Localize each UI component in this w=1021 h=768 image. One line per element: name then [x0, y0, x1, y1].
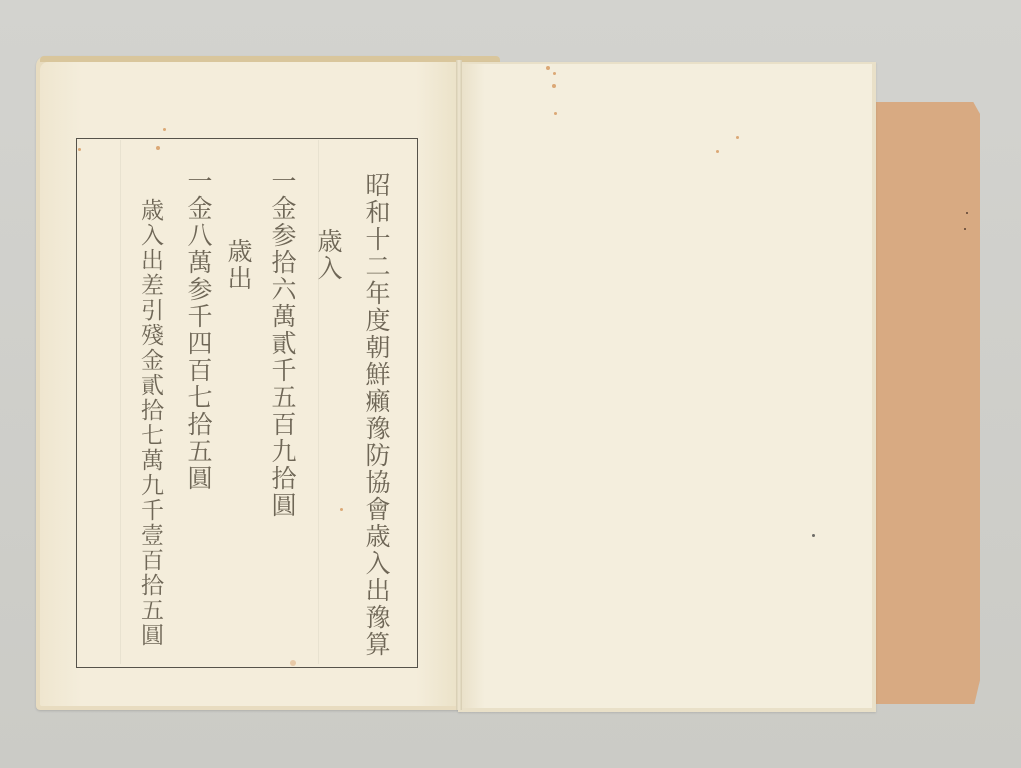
foxing-spot — [163, 128, 166, 131]
foxing-spot — [546, 66, 550, 70]
foxing-spot — [736, 136, 739, 139]
revenue-heading: 歳入 — [316, 228, 341, 282]
tan-backing-sheet — [868, 102, 980, 704]
expenditure-heading: 歳出 — [226, 238, 251, 292]
ink-dot — [812, 534, 815, 537]
foxing-spot — [156, 146, 160, 150]
foxing-spot — [716, 150, 719, 153]
foxing-spot — [553, 72, 556, 75]
faint-ruled-line — [318, 140, 319, 664]
speck — [964, 228, 966, 230]
foxing-spot — [340, 508, 343, 511]
revenue-amount: 一金参拾六萬貳千五百九拾圓 — [270, 168, 295, 519]
document-title: 昭和十二年度朝鮮癩豫防協會歳入出豫算 — [364, 172, 389, 658]
foxing-spot — [552, 84, 556, 88]
balance-line: 歳入出差引殘金貳拾七萬九千壹百拾五圓 — [138, 198, 161, 648]
book-gutter — [456, 60, 462, 710]
foxing-spot — [290, 660, 296, 666]
faint-ruled-line — [120, 140, 121, 664]
foxing-spot — [554, 112, 557, 115]
speck — [966, 212, 968, 214]
right-page — [460, 64, 872, 708]
foxing-spot — [78, 148, 81, 151]
expenditure-amount: 一金八萬参千四百七拾五圓 — [186, 168, 211, 492]
